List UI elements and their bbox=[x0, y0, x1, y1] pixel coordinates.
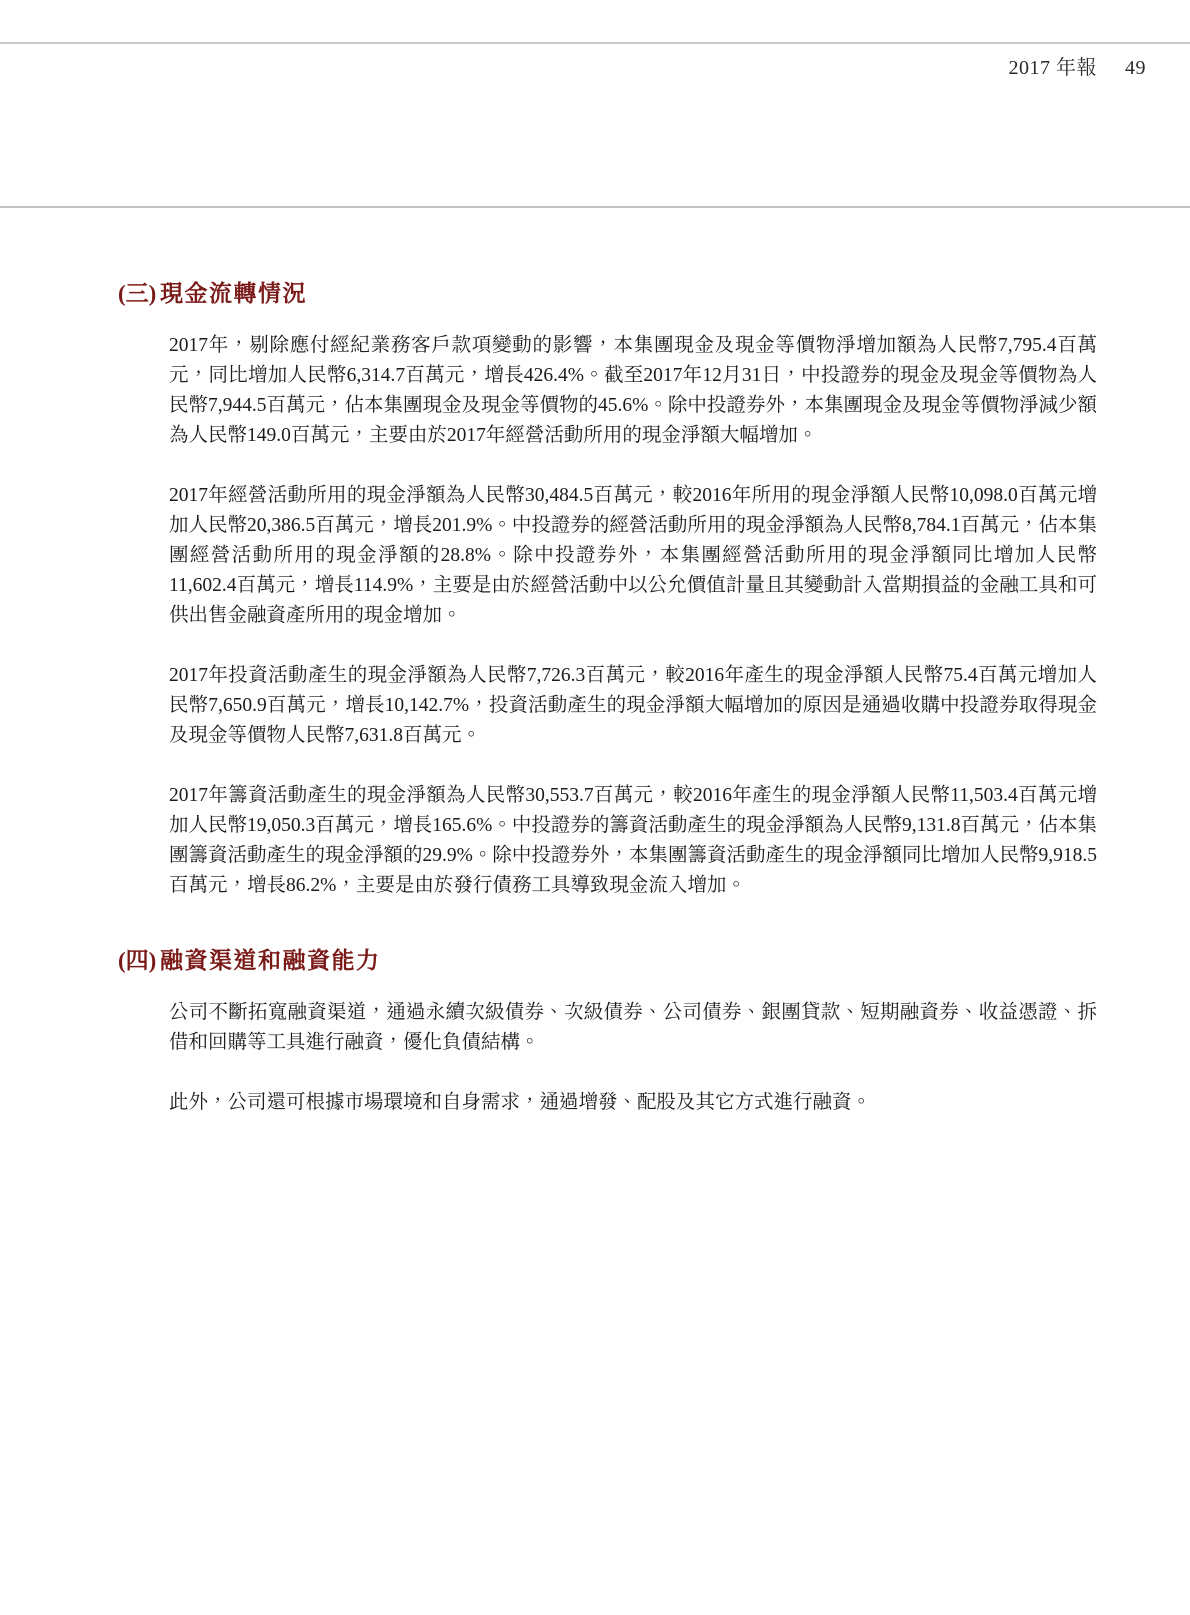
page-number: 49 bbox=[1125, 57, 1146, 79]
section-financing-channels: (四)融資渠道和融資能力 公司不斷拓寬融資渠道，通過永續次級債券、次級債券、公司… bbox=[118, 946, 1097, 1118]
section-cash-flow-heading: (三)現金流轉情況 bbox=[118, 279, 1097, 309]
annual-report-page: 2017 年報49 (三)現金流轉情況 2017年，剔除應付經紀業務客戶款項變動… bbox=[0, 0, 1190, 1615]
top-divider bbox=[0, 42, 1190, 44]
paragraph-financing-other: 此外，公司還可根據市場環境和自身需求，通過增發、配股及其它方式進行融資。 bbox=[169, 1088, 1097, 1118]
paragraph-investing-activities: 2017年投資活動產生的現金淨額為人民幣7,726.3百萬元，較2016年產生的… bbox=[169, 661, 1097, 751]
section-title: 融資渠道和融資能力 bbox=[160, 948, 381, 973]
paragraph-financing-tools: 公司不斷拓寬融資渠道，通過永續次級債券、次級債券、公司債券、銀團貸款、短期融資券… bbox=[169, 998, 1097, 1058]
paragraph-cash-overview: 2017年，剔除應付經紀業務客戶款項變動的影響，本集團現金及現金等價物淨增加額為… bbox=[169, 331, 1097, 451]
section-number: (四) bbox=[118, 946, 160, 976]
paragraph-operating-activities: 2017年經營活動所用的現金淨額為人民幣30,484.5百萬元，較2016年所用… bbox=[169, 481, 1097, 631]
page-header: 2017 年報49 bbox=[1009, 51, 1147, 80]
section-financing-heading: (四)融資渠道和融資能力 bbox=[118, 946, 1097, 976]
report-title: 2017 年報 bbox=[1009, 57, 1098, 79]
document-content: (三)現金流轉情況 2017年，剔除應付經紀業務客戶款項變動的影響，本集團現金及… bbox=[0, 207, 1190, 1118]
section-number: (三) bbox=[118, 279, 160, 309]
section-cash-flow: (三)現金流轉情況 2017年，剔除應付經紀業務客戶款項變動的影響，本集團現金及… bbox=[118, 279, 1097, 901]
paragraph-financing-activities: 2017年籌資活動產生的現金淨額為人民幣30,553.7百萬元，較2016年產生… bbox=[169, 781, 1097, 901]
section-title: 現金流轉情況 bbox=[160, 281, 307, 306]
